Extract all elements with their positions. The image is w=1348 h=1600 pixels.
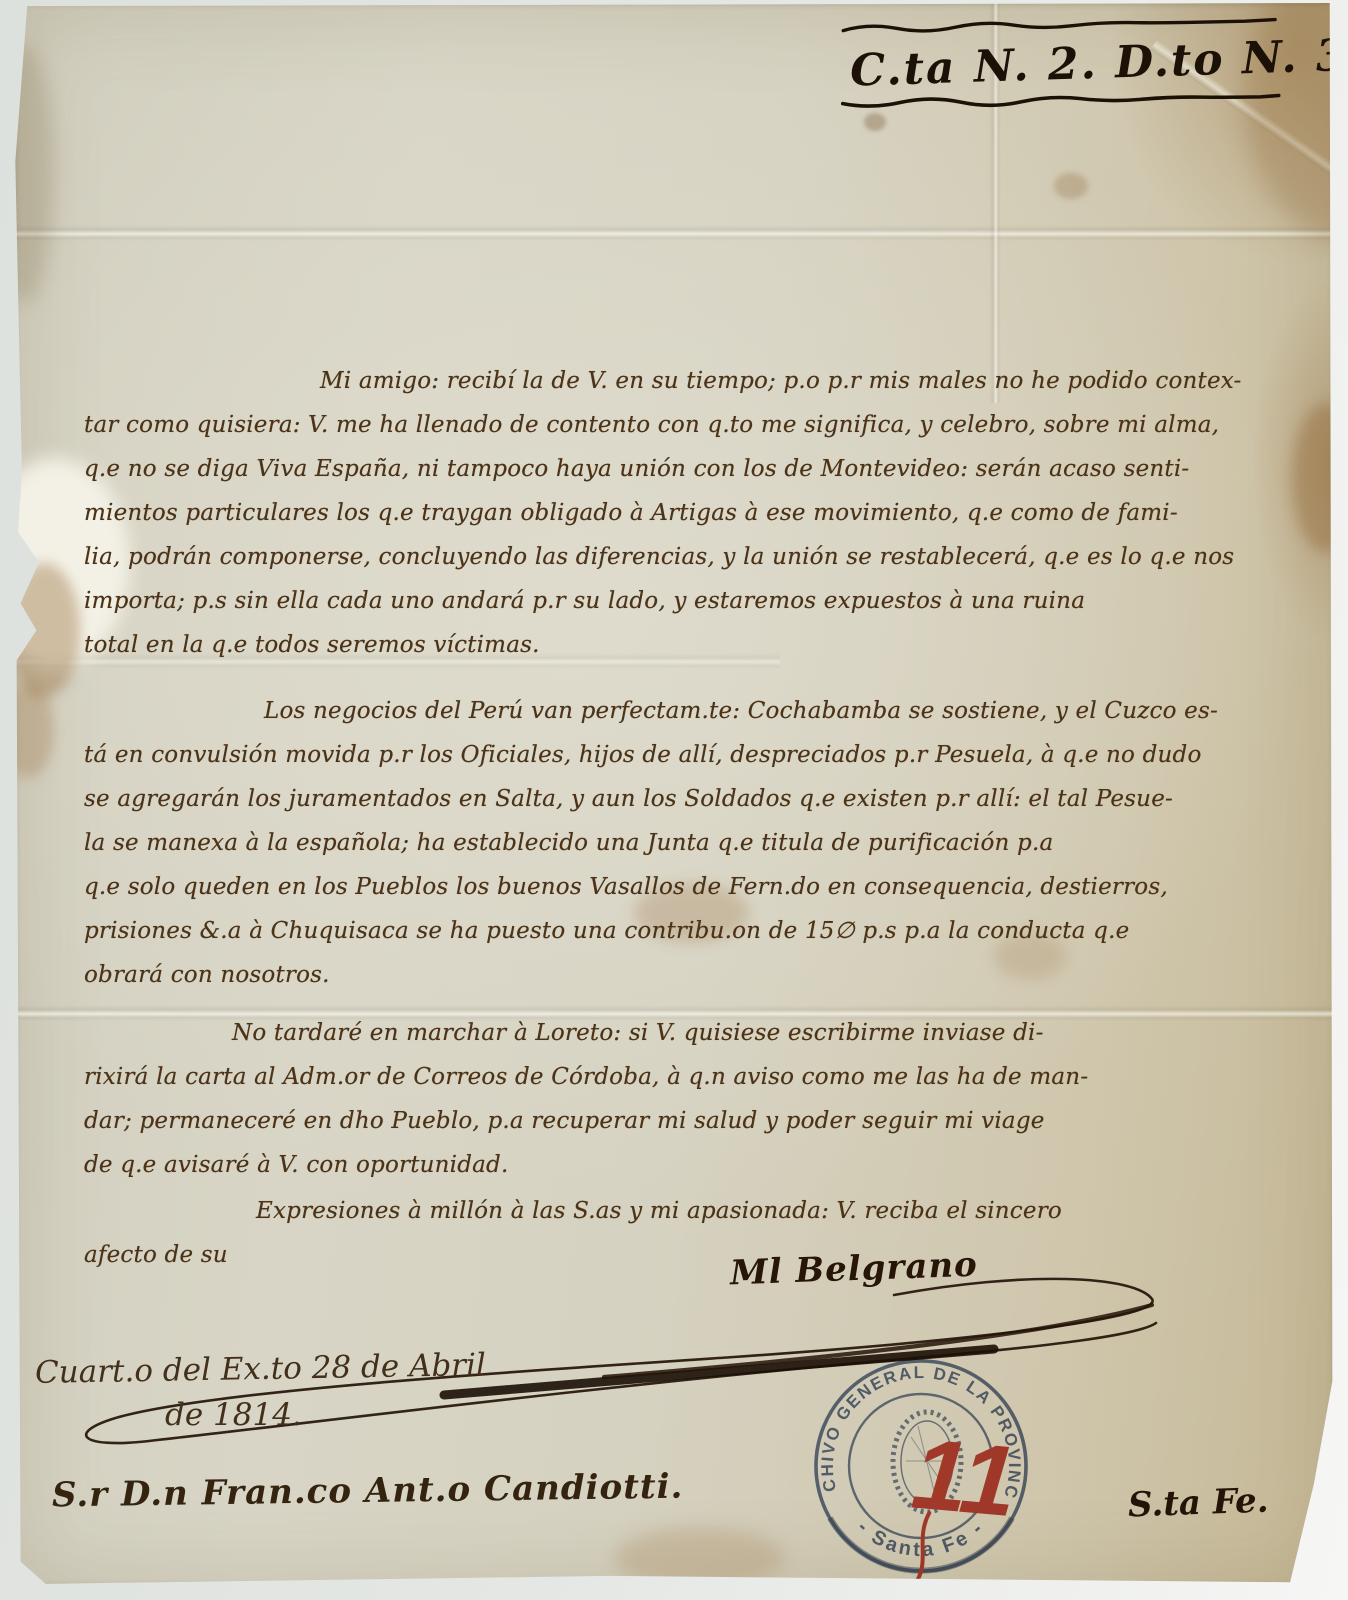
stain [8, 563, 80, 698]
fold-crease [14, 225, 1335, 241]
archive-stamp: ARCHIVO GENERAL DE LA PROVINCIA - Santa … [796, 1341, 1046, 1591]
photo-background: C.ta N. 2. D.to N. 35. Mi amigo: recibí … [0, 0, 1348, 1600]
letter-body: Mi amigo: recibí la de V. en su tiempo; … [84, 359, 1315, 1277]
stain [1054, 173, 1088, 199]
text-line: Los negocios del Perú van perfectam.te: … [84, 689, 1315, 733]
text-line: q.e solo queden en los Pueblos los bueno… [84, 865, 1315, 909]
paragraph-2: Los negocios del Perú van perfectam.te: … [84, 689, 1315, 997]
archival-note: C.ta N. 2. D.to N. 35. [839, 12, 1287, 116]
text-line: mientos particulares los q.e traygan obl… [84, 491, 1315, 535]
stain [0, 43, 54, 303]
paragraph-4: Expresiones à millón à las S.as y mi apa… [84, 1189, 1315, 1277]
text-line: Expresiones à millón à las S.as y mi apa… [84, 1189, 1315, 1233]
text-line: total en la q.e todos seremos víctimas. [84, 623, 1315, 667]
stain [2, 683, 54, 778]
place: S.ta Fe. [1127, 1481, 1269, 1526]
text-line: lia, podrán componerse, concluyendo las … [84, 535, 1315, 579]
text-line: rixirá la carta al Adm.or de Correos de … [84, 1055, 1315, 1099]
archival-note-text: C.ta N. 2. D.to N. 35. [839, 30, 1286, 97]
text-line: tar como quisiera: V. me ha llenado de c… [84, 403, 1315, 447]
text-line: No tardaré en marchar à Loreto: si V. qu… [84, 1011, 1315, 1055]
text-line: obrará con nosotros. [84, 953, 1315, 997]
stain [614, 1528, 784, 1588]
text-line: importa; p.s sin ella cada uno andará p.… [84, 579, 1315, 623]
text-line: prisiones &.a à Chuquisaca se ha puesto … [84, 909, 1315, 953]
text-line: la se manexa à la española; ha estableci… [84, 821, 1315, 865]
date-line-2: de 1814. [165, 1397, 302, 1433]
addressee: S.r D.n Fran.co Ant.o Candiotti. [52, 1467, 684, 1516]
paragraph-3: No tardaré en marchar à Loreto: si V. qu… [84, 1011, 1315, 1187]
text-line: se agregarán los juramentados en Salta, … [84, 777, 1315, 821]
text-line: tá en convulsión movida p.r los Oficiale… [84, 733, 1315, 777]
text-line: dar; permaneceré en dho Pueblo, p.a recu… [84, 1099, 1315, 1143]
paragraph-1: Mi amigo: recibí la de V. en su tiempo; … [84, 359, 1315, 667]
text-line: de q.e avisaré à V. con oportunidad. [84, 1143, 1315, 1187]
text-line: Mi amigo: recibí la de V. en su tiempo; … [84, 359, 1315, 403]
text-line: q.e no se diga Viva España, ni tampoco h… [84, 447, 1315, 491]
letter-paper: C.ta N. 2. D.to N. 35. Mi amigo: recibí … [14, 3, 1335, 1587]
